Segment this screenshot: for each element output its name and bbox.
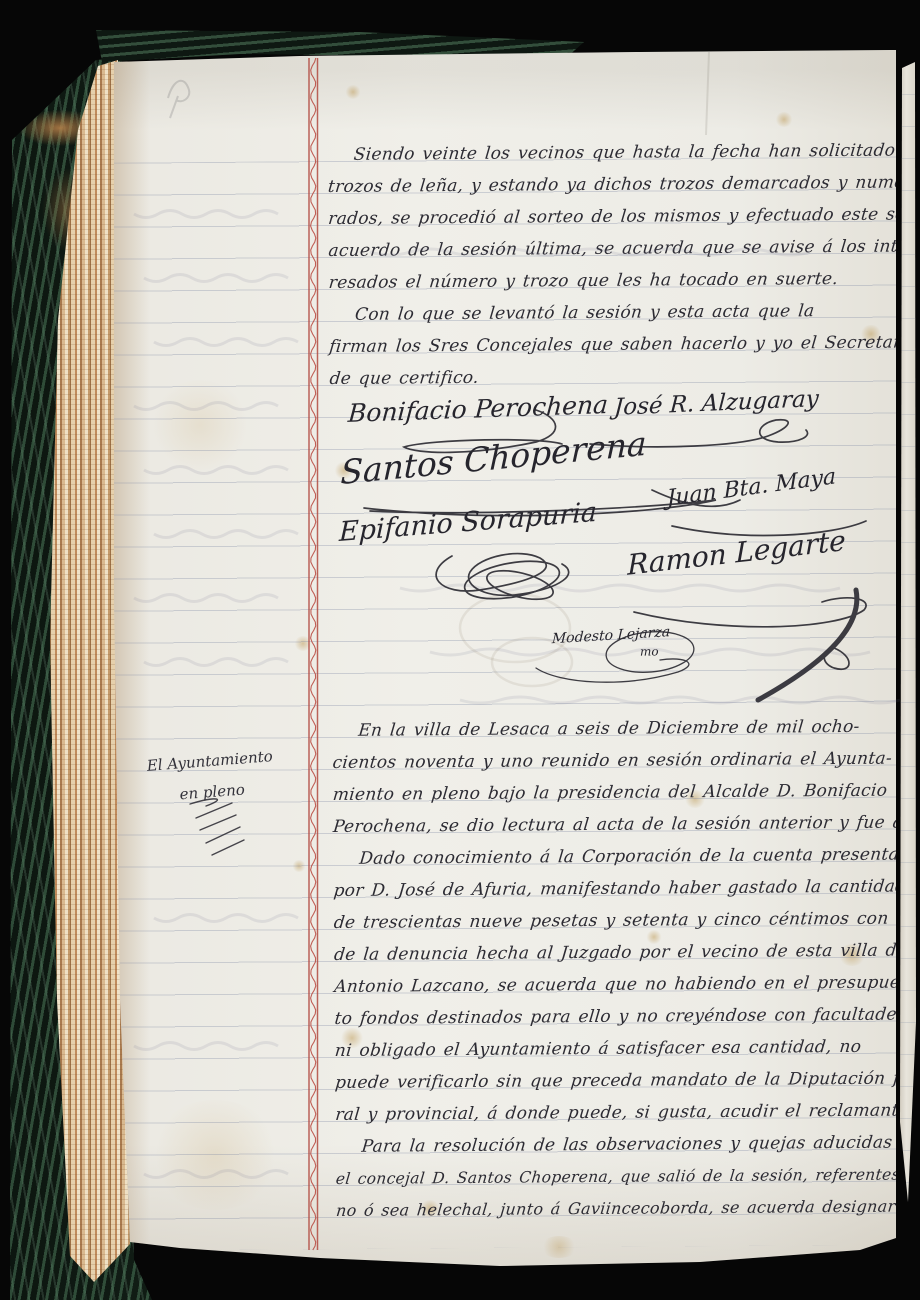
manuscript-line: el concejal D. Santos Choperena, que sal…: [334, 1159, 903, 1195]
manuscript-line: de trescientas nueve pesetas y setenta y…: [332, 903, 901, 939]
paragraph-2: Con lo que se levantó la sesión y esta a…: [327, 295, 894, 395]
paragraph-1: Siendo veinte los vecinos que hasta la f…: [326, 135, 893, 299]
manuscript-line: de la denuncia hecha al Juzgado por el v…: [333, 935, 902, 971]
manuscript-line: En la villa de Lesaca a seis de Diciembr…: [331, 711, 900, 747]
manuscript-line: por D. José de Afuria, manifestando habe…: [332, 871, 901, 907]
manuscript-line: acuerdo de la sesión última, se acuerda …: [327, 231, 896, 267]
manuscript-line: no ó sea helechal, junto á Gaviincecobor…: [335, 1191, 904, 1227]
manuscript-line: Perochena, se dio lectura al acta de la …: [332, 807, 901, 843]
margin-note: El Ayuntamiento en pleno: [139, 741, 283, 814]
manuscript-line: Para la resolución de las observaciones …: [334, 1127, 903, 1163]
manuscript-page: El Ayuntamiento en pleno Siendo veinte l…: [0, 0, 920, 1300]
paragraph-4: Dado conocimiento á la Corporación de la…: [332, 839, 900, 1131]
manuscript-line: rados, se procedió al sorteo de los mism…: [327, 199, 896, 235]
manuscript-line: firman los Sres Concejales que saben hac…: [328, 327, 897, 363]
manuscript-line: trozos de leña, y estando ya dichos troz…: [326, 167, 895, 203]
manuscript-line: to fondos destinados para ello y no crey…: [333, 999, 902, 1035]
manuscript-line: ral y provincial, á donde puede, si gust…: [334, 1095, 903, 1131]
manuscript-line: cientos noventa y uno reunido en sesión …: [331, 743, 900, 779]
manuscript-line: Con lo que se levantó la sesión y esta a…: [327, 295, 896, 331]
manuscript-line: Dado conocimiento á la Corporación de la…: [332, 839, 901, 875]
next-page-sliver: [899, 62, 917, 1242]
page-content: El Ayuntamiento en pleno Siendo veinte l…: [0, 0, 920, 1300]
signature-rubric-note: mo: [640, 644, 659, 658]
manuscript-line: resados el número y trozo que les ha toc…: [327, 263, 896, 299]
paragraph-3: En la villa de Lesaca a seis de Diciembr…: [331, 711, 898, 843]
manuscript-line: Siendo veinte los vecinos que hasta la f…: [326, 135, 895, 171]
manuscript-line: Antonio Lazcano, se acuerda que no habie…: [333, 967, 902, 1003]
manuscript-line: ni obligado el Ayuntamiento á satisfacer…: [333, 1031, 902, 1067]
manuscript-line: puede verificarlo sin que preceda mandat…: [334, 1063, 903, 1099]
paragraph-5: Para la resolución de las observaciones …: [334, 1127, 901, 1227]
photographed-manuscript: El Ayuntamiento en pleno Siendo veinte l…: [0, 0, 920, 1300]
manuscript-line: miento en pleno bajo la presidencia del …: [331, 775, 900, 811]
